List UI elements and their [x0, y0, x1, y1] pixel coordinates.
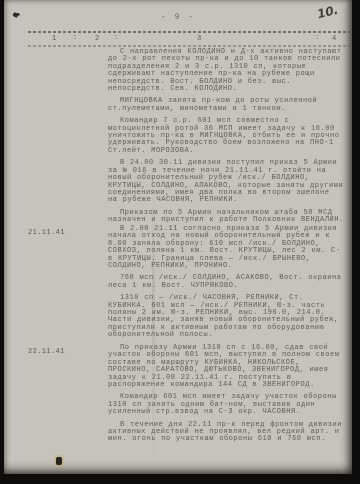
page-number: - 9 -	[4, 13, 352, 22]
paragraph: С направления КОЛОДИНО и Д-х активно нас…	[108, 49, 344, 93]
column-number-4: 4	[332, 35, 336, 43]
diary-entry: 21.11.41 В 2.00 21.11 согласно приказа 5…	[28, 226, 354, 345]
scanned-document-page: 10. - 9 - 1 : 2 : 3 : 4 С направления КО…	[0, 0, 360, 484]
entry-date: 21.11.41	[28, 226, 108, 345]
column-number-2: 2	[95, 35, 99, 43]
diary-entry: С направления КОЛОДИНО и Д-х активно нас…	[28, 49, 354, 230]
column-number-3: 3	[197, 35, 201, 43]
typed-ruler-line-bottom	[28, 45, 350, 47]
column-separator: :	[315, 34, 319, 42]
entry-date	[28, 49, 108, 230]
paragraph: В 24.00 30.11 дивизии поступил приказ 5 …	[108, 160, 344, 204]
paragraph: Командир 7 с.р. 601 мсп совместно с мото…	[108, 118, 344, 155]
paper-sheet: 10. - 9 - 1 : 2 : 3 : 4 С направления КО…	[4, 0, 352, 474]
paragraph: МИГНЦОВКА занята пр-ком до роты усиленно…	[108, 98, 344, 113]
paragraph: В течение дня 22.11 пр-к перед фронтом д…	[108, 422, 344, 444]
paragraph: Приказом по 5 Армии начальником штаба 50…	[108, 210, 344, 225]
column-separator: :	[114, 34, 118, 42]
entry-date: 22.11.41	[28, 345, 108, 449]
typed-ruler-line-top	[28, 31, 350, 33]
entry-text: В 2.00 21.11 согласно приказа 5 Армии ди…	[108, 226, 344, 345]
paragraph: По приказу Армии 1310 сп с 16.00, сдав с…	[108, 345, 344, 389]
column-number-1: 1	[52, 35, 56, 43]
entry-text: С направления КОЛОДИНО и Д-х активно нас…	[108, 49, 344, 230]
entry-text: По приказу Армии 1310 сп с 16.00, сдав с…	[108, 345, 344, 449]
paragraph: 1310 сп — /иск./ ЧАСОВНЯ, РЕПНИКИ, Ст. К…	[108, 295, 344, 339]
typewritten-text-layer: - 9 - 1 : 2 : 3 : 4 С направления КОЛОДИ…	[4, 0, 352, 474]
paragraph: В 2.00 21.11 согласно приказа 5 Армии ди…	[108, 226, 344, 270]
paragraph: 760 мсп /иск./ СОЛДИНО, АСАКОВО, Вост. о…	[108, 275, 344, 290]
paragraph: Командир 601 мсп имеет задачу участок об…	[108, 394, 344, 416]
column-separator: :	[73, 34, 77, 42]
diary-entry: 22.11.41 По приказу Армии 1310 сп с 16.0…	[28, 345, 354, 449]
